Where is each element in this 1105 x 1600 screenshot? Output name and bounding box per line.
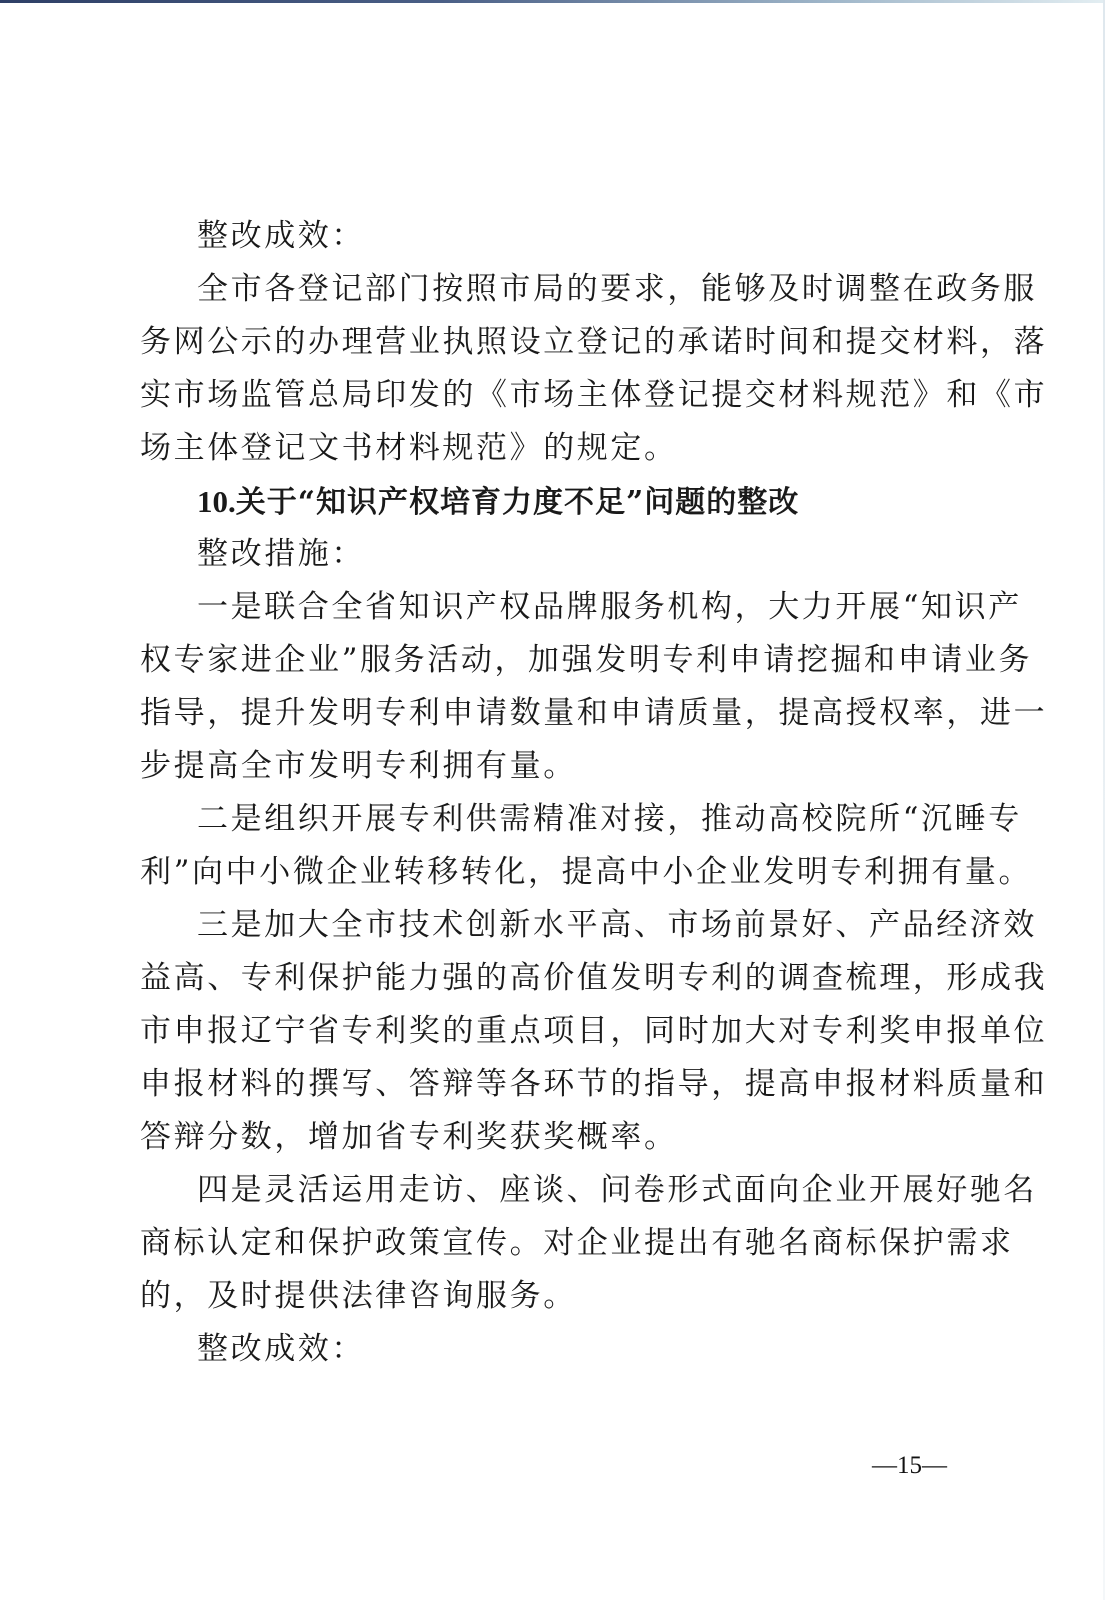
paragraph-registration: 全市各登记部门按照市局的要求，能够及时调整在政务服 务网公示的办理营业执照设立登… bbox=[140, 263, 945, 475]
paragraph-line: 三是加大全市技术创新水平高、市场前景好、产品经济效 bbox=[140, 899, 945, 952]
paragraph-line: 指导，提升发明专利申请数量和申请质量，提高授权率，进一 bbox=[140, 687, 945, 740]
document-page: 整改成效： 全市各登记部门按照市局的要求，能够及时调整在政务服 务网公示的办理营… bbox=[140, 210, 945, 1376]
paragraph-measure-4: 四是灵活运用走访、座谈、问卷形式面向企业开展好驰名 商标认定和保护政策宣传。对企… bbox=[140, 1164, 945, 1323]
paragraph-line: 答辩分数，增加省专利奖获奖概率。 bbox=[140, 1111, 945, 1164]
subheading-results: 整改成效： bbox=[140, 210, 945, 263]
paragraph-measure-1: 一是联合全省知识产权品牌服务机构，大力开展“知识产 权专家进企业”服务活动，加强… bbox=[140, 581, 945, 793]
paragraph-line: 务网公示的办理营业执照设立登记的承诺时间和提交材料，落 bbox=[140, 316, 945, 369]
paragraph-line: 场主体登记文书材料规范》的规定。 bbox=[140, 422, 945, 475]
page-number: —15— bbox=[872, 1452, 947, 1480]
subheading-results-2: 整改成效： bbox=[140, 1323, 945, 1376]
paragraph-line: 一是联合全省知识产权品牌服务机构，大力开展“知识产 bbox=[140, 581, 945, 634]
paragraph-line: 商标认定和保护政策宣传。对企业提出有驰名商标保护需求 bbox=[140, 1217, 945, 1270]
paragraph-line: 权专家进企业”服务活动，加强发明专利申请挖掘和申请业务 bbox=[140, 634, 945, 687]
paragraph-measure-3: 三是加大全市技术创新水平高、市场前景好、产品经济效 益高、专利保护能力强的高价值… bbox=[140, 899, 945, 1164]
paragraph-line: 四是灵活运用走访、座谈、问卷形式面向企业开展好驰名 bbox=[140, 1164, 945, 1217]
paragraph-measure-2: 二是组织开展专利供需精准对接，推动高校院所“沉睡专 利”向中小微企业转移转化，提… bbox=[140, 793, 945, 899]
paragraph-line: 市申报辽宁省专利奖的重点项目，同时加大对专利奖申报单位 bbox=[140, 1005, 945, 1058]
section-heading-10: 10.关于“知识产权培育力度不足”问题的整改 bbox=[140, 475, 945, 528]
paragraph-line: 全市各登记部门按照市局的要求，能够及时调整在政务服 bbox=[140, 263, 945, 316]
scan-edge-top bbox=[0, 0, 1105, 3]
paragraph-line: 二是组织开展专利供需精准对接，推动高校院所“沉睡专 bbox=[140, 793, 945, 846]
paragraph-line: 的，及时提供法律咨询服务。 bbox=[140, 1270, 945, 1323]
heading-text: 关于“知识产权培育力度不足”问题的整改 bbox=[236, 485, 800, 520]
heading-number: 10. bbox=[197, 484, 236, 519]
subheading-measures: 整改措施： bbox=[140, 528, 945, 581]
paragraph-line: 申报材料的撰写、答辩等各环节的指导，提高申报材料质量和 bbox=[140, 1058, 945, 1111]
paragraph-line: 益高、专利保护能力强的高价值发明专利的调查梳理，形成我 bbox=[140, 952, 945, 1005]
paragraph-line: 步提高全市发明专利拥有量。 bbox=[140, 740, 945, 793]
paragraph-line: 实市场监管总局印发的《市场主体登记提交材料规范》和《市 bbox=[140, 369, 945, 422]
paragraph-line: 利”向中小微企业转移转化，提高中小企业发明专利拥有量。 bbox=[140, 846, 945, 899]
